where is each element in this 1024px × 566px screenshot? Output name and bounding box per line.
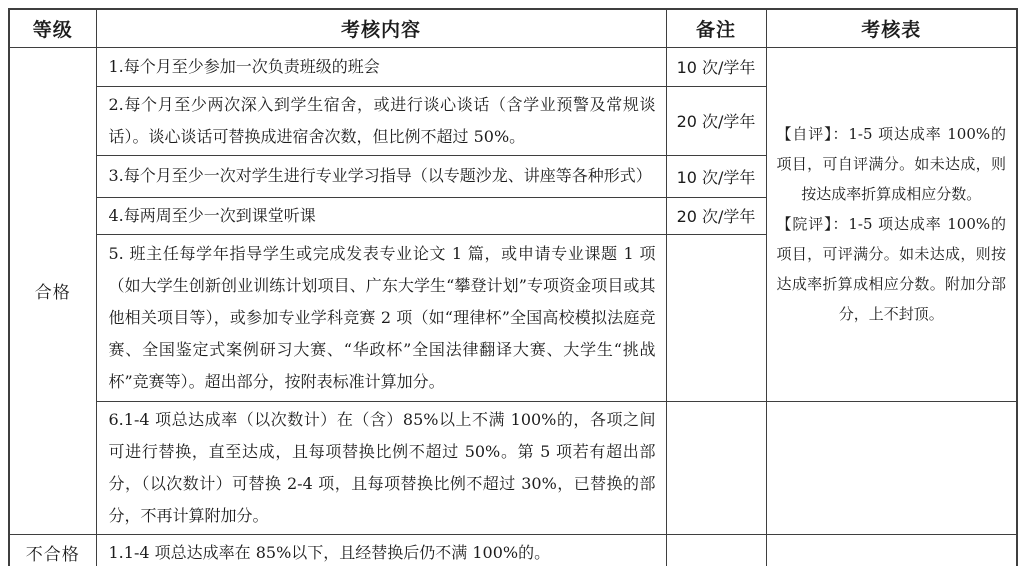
remark-item-3: 10 次/学年 (666, 155, 766, 197)
content-item-3: 3.每个月至少一次对学生进行专业学习指导（以专题沙龙、讲座等各种形式） (96, 155, 666, 197)
self-eval-note: 【自评】：1-5 项达成率 100%的项目，可自评满分。如未达成，则按达成率折算… (777, 119, 1007, 209)
header-assessment-sheet: 考核表 (766, 9, 1017, 47)
header-remark: 备注 (666, 9, 766, 47)
remark-item-6 (666, 401, 766, 534)
content-item-1: 1.每个月至少参加一次负责班级的班会 (96, 47, 666, 86)
grade-pass-cell: 合格 (9, 47, 96, 534)
content-item-4: 4.每两周至少一次到课堂听课 (96, 197, 666, 234)
note-empty-cell-row6 (766, 401, 1017, 534)
content-item-2: 2.每个月至少两次深入到学生宿舍，或进行谈心谈话（含学业预警及常规谈话）。谈心谈… (96, 86, 666, 155)
remark-item-5 (666, 234, 766, 401)
remark-item-1: 10 次/学年 (666, 47, 766, 86)
assessment-criteria-table: 等级 考核内容 备注 考核表 合格 1.每个月至少参加一次负责班级的班会 10 … (8, 8, 1018, 566)
grade-fail-cell: 不合格 (9, 534, 96, 566)
content-item-6: 6.1-4 项总达成率（以次数计）在（含）85%以上不满 100%的，各项之间可… (96, 401, 666, 534)
header-assessment-content: 考核内容 (96, 9, 666, 47)
remark-item-4: 20 次/学年 (666, 197, 766, 234)
remark-fail-item (666, 534, 766, 566)
remark-item-2: 20 次/学年 (666, 86, 766, 155)
header-row: 等级 考核内容 备注 考核表 (9, 9, 1017, 47)
table-row: 6.1-4 项总达成率（以次数计）在（含）85%以上不满 100%的，各项之间可… (9, 401, 1017, 534)
note-empty-cell-fail (766, 534, 1017, 566)
fail-row: 不合格 1.1-4 项总达成率在 85%以下，且经替换后仍不满 100%的。 (9, 534, 1017, 566)
table-row: 合格 1.每个月至少参加一次负责班级的班会 10 次/学年 【自评】：1-5 项… (9, 47, 1017, 86)
college-eval-note: 【院评】：1-5 项达成率 100%的项目，可评满分。如未达成，则按达成率折算成… (777, 209, 1007, 329)
header-grade: 等级 (9, 9, 96, 47)
content-item-5: 5. 班主任每学年指导学生或完成发表专业论文 1 篇，或申请专业课题 1 项（如… (96, 234, 666, 401)
assessment-note-cell: 【自评】：1-5 项达成率 100%的项目，可自评满分。如未达成，则按达成率折算… (766, 47, 1017, 401)
content-fail-item: 1.1-4 项总达成率在 85%以下，且经替换后仍不满 100%的。 (96, 534, 666, 566)
